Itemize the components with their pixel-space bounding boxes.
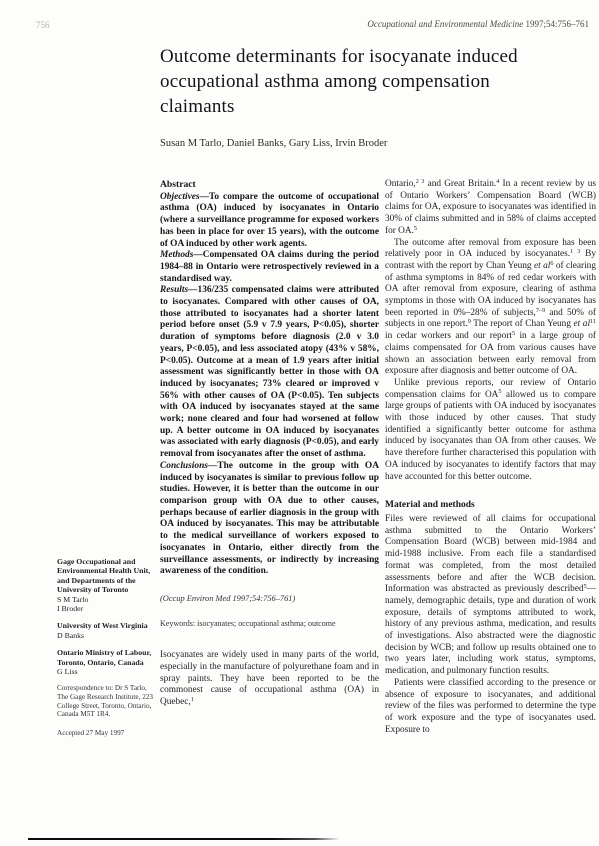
affiliation-author: I Broder: [57, 604, 156, 613]
left-column: Abstract Objectives—To compare the outco…: [160, 179, 379, 819]
body-paragraph: Files were reviewed of all claims for oc…: [385, 514, 596, 678]
scan-artifact-line: [28, 838, 340, 840]
abstract-heading: Abstract: [160, 179, 379, 191]
article-title: Outcome determinants for isocyanate indu…: [160, 44, 564, 119]
journal-issue: 1997;54:756–761: [523, 19, 589, 29]
affiliation-institution: Ontario Ministry of Labour, Toronto, Ont…: [57, 648, 156, 667]
abstract-results: Results—136/235 compensated claims were …: [160, 285, 379, 461]
keywords-line: Keywords: isocyanates; occupational asth…: [160, 618, 379, 630]
running-head: Occupational and Environmental Medicine …: [367, 19, 589, 29]
margin-notes: Gage Occupational and Environmental Heal…: [57, 557, 156, 738]
journal-name: Occupational and Environmental Medicine: [367, 19, 523, 29]
affiliation-block: University of West Virginia D Banks: [57, 621, 156, 640]
intro-paragraph: Isocyanates are widely used in many part…: [160, 650, 379, 709]
abstract-methods: Methods—Compensated OA claims during the…: [160, 250, 379, 285]
abstract-conclusions-text: The outcome in the group with OA induced…: [160, 461, 379, 576]
authors-line: Susan M Tarlo, Daniel Banks, Gary Liss, …: [160, 138, 387, 149]
body-paragraph: Ontario,2 3 and Great Britain.4 In a rec…: [385, 179, 596, 238]
affiliation-institution: University of West Virginia: [57, 621, 156, 630]
body-paragraph: Unlike previous reports, our review of O…: [385, 378, 596, 483]
affiliation-author: G Liss: [57, 667, 156, 676]
affiliation-block: Gage Occupational and Environmental Heal…: [57, 557, 156, 613]
affiliation-author: S M Tarlo: [57, 595, 156, 604]
abstract-conclusions-label: Conclusions—: [160, 461, 217, 471]
abstract-conclusions: Conclusions—The outcome in the group wit…: [160, 461, 379, 578]
abstract-methods-label: Methods—: [160, 250, 203, 260]
page-number: 756: [36, 20, 50, 30]
affiliation-block: Ontario Ministry of Labour, Toronto, Ont…: [57, 648, 156, 676]
correspondence-note: Correspondence to: Dr S Tarlo, The Gage …: [57, 684, 156, 718]
citation-line: (Occup Environ Med 1997;54:756–761): [160, 593, 379, 605]
affiliation-institution: Gage Occupational and Environmental Heal…: [57, 557, 156, 595]
accepted-date: Accepted 27 May 1997: [57, 729, 156, 738]
section-heading-methods: Material and methods: [385, 500, 596, 512]
abstract: Abstract Objectives—To compare the outco…: [160, 179, 379, 578]
body-paragraph: The outcome after removal from exposure …: [385, 238, 596, 378]
journal-page: 756 Occupational and Environmental Medic…: [0, 0, 599, 846]
right-column: Ontario,2 3 and Great Britain.4 In a rec…: [385, 179, 596, 846]
affiliation-author: D Banks: [57, 631, 156, 640]
abstract-results-label: Results—: [160, 285, 198, 295]
body-paragraph: Patients were classified according to th…: [385, 678, 596, 737]
abstract-results-text: 136/235 compensated claims were attribut…: [160, 285, 379, 459]
abstract-objectives: Objectives—To compare the outcome of occ…: [160, 192, 379, 251]
abstract-objectives-label: Objectives—: [160, 192, 209, 202]
